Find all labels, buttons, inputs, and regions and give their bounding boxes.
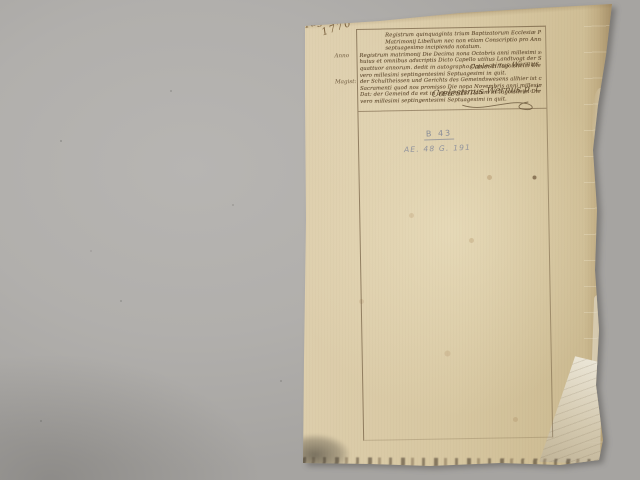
signature-flourish: [458, 97, 542, 114]
manuscript-header: Registrum quinquaginta trium Baptizatoru…: [359, 30, 542, 106]
margin-word-magist: Magist:: [335, 79, 357, 85]
corner-stain: [286, 434, 350, 472]
edge-tear-sliver: [592, 295, 603, 365]
paper-sheet: Tagolsheim 1770 Registrum quinquaginta t…: [0, 0, 640, 480]
margin-word-anno: Anno: [334, 53, 349, 59]
ruled-frame: Registrum quinquaginta trium Baptizatoru…: [356, 26, 553, 441]
pencil-reference: B 43: [424, 128, 455, 140]
foxing-spots: [0, 0, 3, 3]
page-shadow: Tagolsheim 1770 Registrum quinquaginta t…: [0, 0, 640, 480]
